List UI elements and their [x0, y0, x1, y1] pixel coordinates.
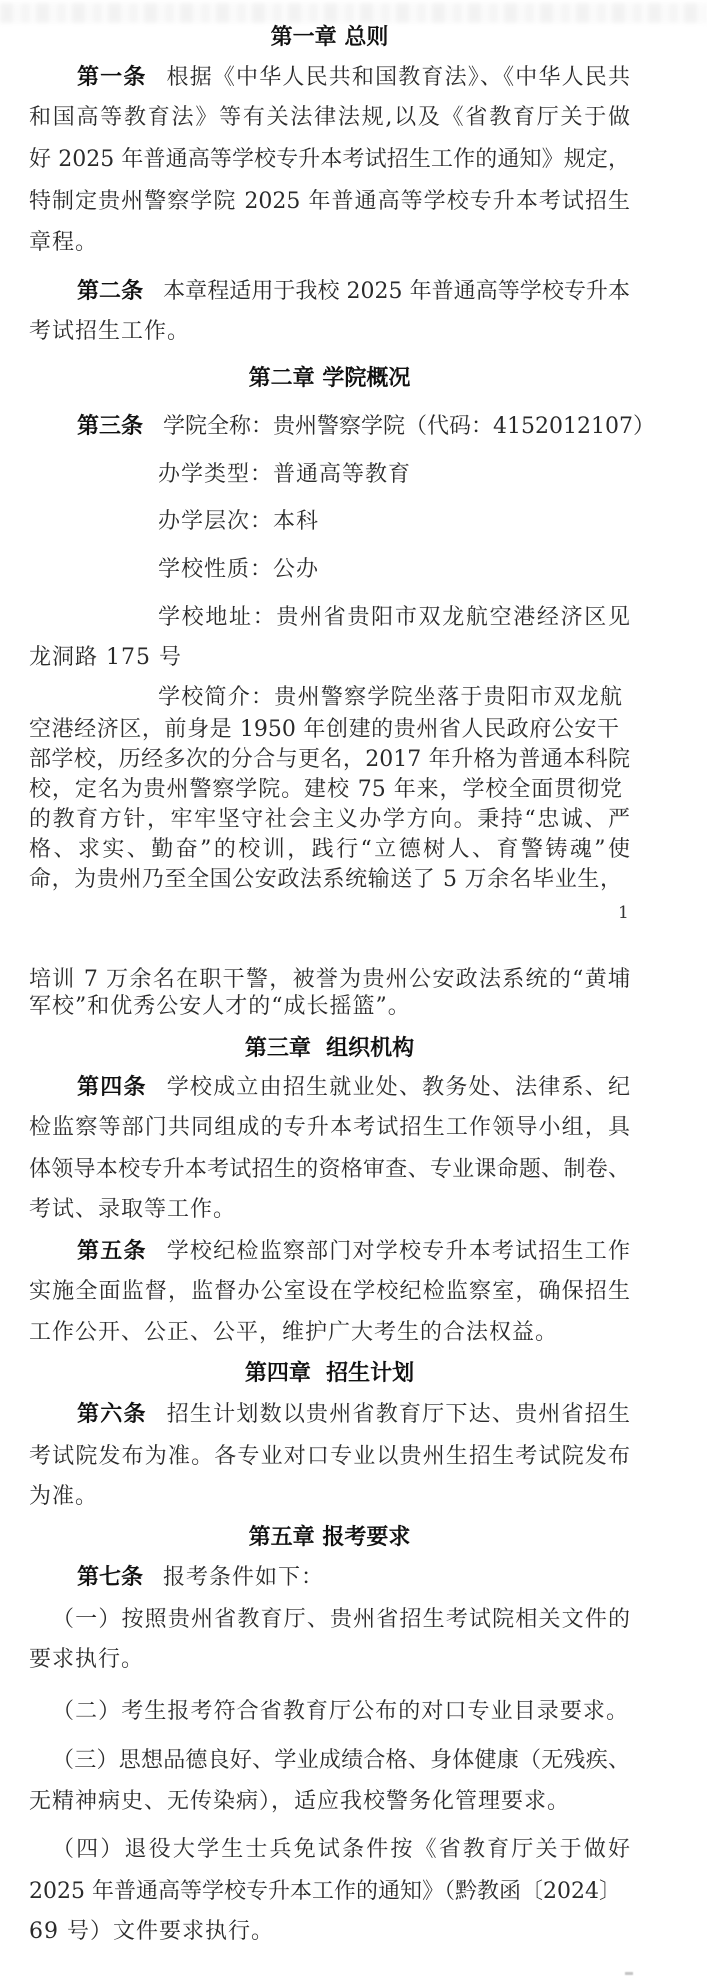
article-paragraph-line: 第一条根据《中华人民共和国教育法》、《中华人民共 [77, 64, 630, 92]
article-text-line: 实施全面监督，监督办公室设在学校纪检监察室，确保招生 [29, 1278, 630, 1306]
document-page: 第一章 总则 第一条根据《中华人民共和国教育法》、《中华人民共 和国高等教育法》… [0, 0, 707, 1976]
school-full-name: 学院全称：贵州警察学院（代码：4152012107） [163, 414, 655, 439]
school-address: 学校地址：贵州省贵阳市双龙航空港经济区见 [158, 604, 630, 632]
article-text-line: 检监察等部门共同组成的专升本考试招生工作领导小组，具 [29, 1114, 630, 1142]
article-paragraph-line: 第六条招生计划数以贵州省教育厅下达、贵州省招生 [77, 1401, 630, 1429]
condition-item-line: 69 号）文件要求执行。 [29, 1918, 630, 1946]
article-text: 根据《中华人民共和国教育法》、《中华人民共 [167, 65, 630, 90]
article-paragraph-line: 第四条学校成立由招生就业处、教务处、法律系、纪 [77, 1074, 630, 1102]
article-text-line: 考试院发布为准。各专业对口专业以贵州生招生考试院发布 [29, 1443, 630, 1471]
school-intro-line: 命，为贵州乃至全国公安政法系统输送了 5 万余名毕业生， [29, 866, 622, 894]
school-intro-line: 校，定名为贵州警察学院。建校 75 年来，学校全面贯彻党 [29, 776, 622, 804]
condition-item-line: 要求执行。 [29, 1646, 630, 1674]
condition-item-line: 2025 年普通高等学校专升本工作的通知》（黔教函〔2024〕 [29, 1878, 618, 1906]
blurred-header-remnant [0, 3, 707, 23]
school-type: 办学类型：普通高等教育 [158, 461, 411, 489]
chapter-title: 第三章 组织机构 [29, 1034, 630, 1064]
article-text: 学校纪检监察部门对学校专升本考试招生工作 [167, 1239, 630, 1264]
school-address: 龙洞路 175 号 [29, 644, 630, 672]
article-text-line: 好 2025 年普通高等学校专升本考试招生工作的通知》规定， [29, 146, 630, 174]
article-text-line: 特制定贵州警察学院 2025 年普通高等学校专升本考试招生 [29, 188, 630, 216]
article-paragraph-line: 第七条报考条件如下： [77, 1564, 630, 1592]
chapter-title: 第五章 报考要求 [29, 1523, 630, 1553]
school-nature: 学校性质：公办 [158, 556, 319, 584]
condition-item-line: （一）按照贵州省教育厅、贵州省招生考试院相关文件的 [52, 1606, 630, 1634]
school-intro-line: 培训 7 万余名在职干警，被誉为贵州公安政法系统的“黄埔 [29, 966, 630, 994]
article-text: 招生计划数以贵州省教育厅下达、贵州省招生 [167, 1402, 630, 1427]
article-text-line: 考试招生工作。 [29, 318, 630, 346]
chapter-title: 第四章 招生计划 [29, 1359, 630, 1389]
article-paragraph-line: 第三条学院全称：贵州警察学院（代码：4152012107） [77, 413, 632, 441]
chapter-title: 第一章 总则 [29, 23, 630, 53]
school-intro-line: 学校简介：贵州警察学院坐落于贵阳市双龙航 [158, 684, 622, 712]
article-text: 本章程适用于我校 2025 年普通高等学校专升本 [163, 279, 630, 304]
article-label: 第三条 [77, 414, 143, 439]
article-label: 第二条 [77, 279, 143, 304]
condition-item-line: 无精神病史、无传染病），适应我校警务化管理要求。 [29, 1788, 630, 1816]
school-intro-line: 军校”和优秀公安人才的“成长摇篮”。 [29, 993, 630, 1021]
condition-item-line: （三）思想品德良好、学业成绩合格、身体健康（无残疾、 [52, 1747, 630, 1775]
article-label: 第六条 [77, 1402, 147, 1427]
school-intro-line: 空港经济区，前身是 1950 年创建的贵州省人民政府公安干 [29, 716, 619, 744]
condition-item-line: （二）考生报考符合省教育厅公布的对口专业目录要求。 [52, 1698, 628, 1726]
article-label: 第七条 [77, 1565, 143, 1590]
article-text-line: 工作公开、公正、公平，维护广大考生的合法权益。 [29, 1319, 630, 1347]
article-text-line: 考试、录取等工作。 [29, 1196, 630, 1224]
chapter-title: 第二章 学院概况 [29, 364, 630, 394]
article-label: 第四条 [77, 1075, 147, 1100]
article-label: 第一条 [77, 65, 147, 90]
article-text-line: 和国高等教育法》等有关法律法规,以及《省教育厅关于做 [29, 104, 630, 132]
school-intro-line: 的教育方针，牢牢坚守社会主义办学方向。秉持“忠诚、严 [29, 806, 630, 834]
school-level: 办学层次：本科 [158, 508, 319, 536]
next-page-number-fragment [625, 1972, 633, 1975]
article-paragraph-line: 第五条学校纪检监察部门对学校专升本考试招生工作 [77, 1238, 630, 1266]
article-text: 报考条件如下： [163, 1565, 324, 1590]
school-intro-line: 部学校，历经多次的分合与更名，2017 年升格为普通本科院 [29, 746, 630, 774]
page-number: 1 [618, 902, 638, 924]
article-label: 第五条 [77, 1239, 147, 1264]
condition-item-line: （四）退役大学生士兵免试条件按《省教育厅关于做好 [52, 1836, 630, 1864]
article-text-line: 为准。 [29, 1483, 630, 1511]
article-text-line: 体领导本校专升本考试招生的资格审查、专业课命题、制卷、 [29, 1156, 630, 1184]
article-text-line: 章程。 [29, 229, 630, 257]
article-text: 学校成立由招生就业处、教务处、法律系、纪 [167, 1075, 630, 1100]
school-intro-line: 格、求实、勤奋”的校训，践行“立德树人、育警铸魂”使 [29, 836, 630, 864]
article-paragraph-line: 第二条本章程适用于我校 2025 年普通高等学校专升本 [77, 278, 630, 306]
